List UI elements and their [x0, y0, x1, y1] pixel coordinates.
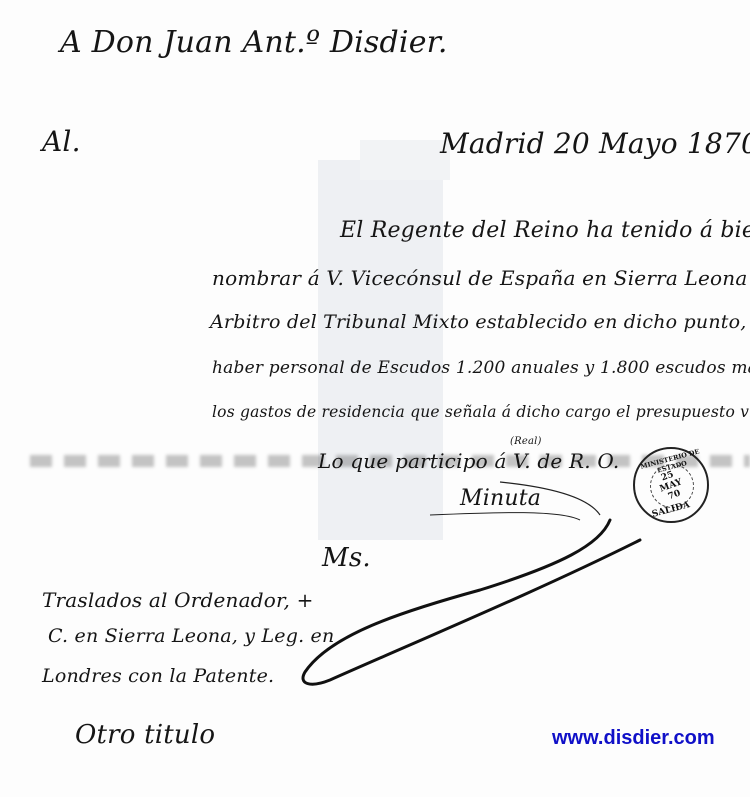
margin-note-line-3: Londres con la Patente.: [42, 667, 274, 686]
letter-page: A Don Juan Ant.º Disdier. Al. Madrid 20 …: [0, 0, 750, 797]
margin-note-line-1: Traslados al Ordenador, +: [42, 590, 314, 610]
footer-note: Otro titulo: [75, 722, 215, 748]
margin-note-line-2: C. en Sierra Leona, y Leg. en: [48, 627, 334, 646]
website-link[interactable]: www.disdier.com: [552, 727, 715, 750]
